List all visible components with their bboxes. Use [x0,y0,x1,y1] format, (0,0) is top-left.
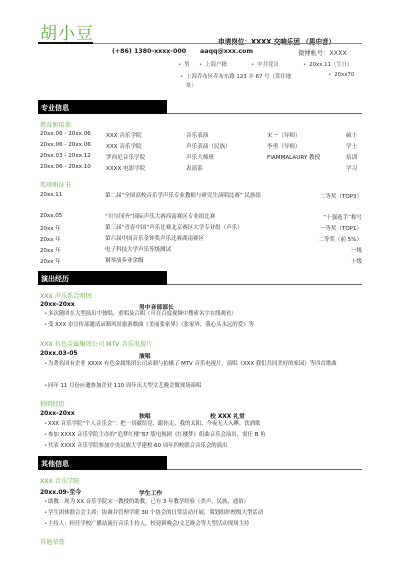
award-name: 第二届“全国高校音乐学声乐专业教师与研究生演唱比赛” 民族组 [105,192,295,200]
award-result: 一等奖（TOP1） [320,224,362,232]
award-result: 十级 [351,257,362,265]
org-title: XXX 音乐学院 [40,476,79,485]
honors-title: 其他荣誉 [40,537,65,546]
education-row: 20xx.03 - 20xx.12 罗西尼音乐学院 声乐大师班 FIAMMALA… [40,153,362,161]
award-name: 第三届“青春中国”声乐比赛北京赛区大学专业组（声乐） [105,224,295,232]
award-name: 钢琴演奏业余级 [105,257,295,265]
bullet-icon: • [44,311,47,318]
bullet-item: •主持人：担任学校广播站流行音乐主持人，校迎新晚会/文艺晚会等大型活动现场主持 [48,521,360,528]
award-result: “十强选手”称号 [323,213,362,221]
section-title: 演出经历 [41,274,69,284]
header-divider-accent [38,42,93,44]
info-postcode: •20xx70 [328,72,354,78]
award-result: 二等奖（TOP3） [320,192,362,200]
org-role: 独唱 [139,411,151,420]
org-role: 学生工作 [139,488,162,497]
resume-page: 胡小豆 申请岗位：XXXX 交响乐团 （男中音） (+86) 1380-xxxx… [0,0,400,565]
candidate-name: 胡小豆 [40,19,94,44]
bullet-icon: • [251,62,254,68]
info-birthday: •20xx.11（生日） [303,60,353,68]
award-date: 20xx 年 [40,257,61,265]
bullet-icon: • [44,322,47,329]
bullet-item: •XXX 音乐学院“个人音乐会”：把一切献给党、跟你走、我的太阳、今夜无人入睡、… [48,421,360,428]
award-name: 第六届中国音乐金钟奖声乐比赛湖南赛区 [105,235,295,243]
org-date: 20xx.09-至今 [40,487,81,496]
award-date: 20xx.11 [40,192,62,198]
bullet-icon: • [44,510,47,517]
info-gender: •男 [178,60,190,68]
bullet-icon: • [303,62,306,68]
org-title: XXX 有色金属集团公司 MTV 音乐电视片 [40,339,152,348]
info-address-cont: 址） [186,81,197,89]
apply-position: 申请岗位：XXXX 交响乐团 （男中音） [218,36,335,46]
bullet-icon: • [199,62,202,68]
bullet-item: •助教：现为 XX 音乐学院宋一教授的助教，已有 3 年教学经验（美声，民族，通… [48,499,360,506]
org-role: 演唱 [139,351,151,360]
bullet-item: •为著名国有企业 XXXX 有色金属集团公司录制与拍摄了 MTV 音乐电视片，演… [48,361,360,368]
bullet-icon: • [44,432,47,439]
award-date: 20xx 年 [40,224,61,232]
bullet-icon: • [180,74,183,80]
bullet-icon: • [44,421,47,428]
info-hukou: •上海户籍 [199,60,227,68]
org-title: 独唱经历 [40,399,65,408]
education-row: 20xx.06 - 20xx.06 XXX 音乐学院 音乐表演 宋一（导师） 硕… [40,131,362,139]
awards-title: 奖项和证书 [40,180,71,189]
org-role: 男中音部部长 [139,302,174,311]
weibo-account: 微博帐号：XXXX [298,48,347,57]
bullet-item: •学生团体联合会主席：协调并管理学联 30 个协会的日常活动开展，策划组织校级大… [48,510,360,517]
bullet-item: •多次随团在大型演出中独唱，重唱及合唱（可在百度视频中搜索名字在线观看） [48,311,360,318]
section-other: 其他信息 [38,456,362,470]
info-party: •中共党员 [251,60,279,68]
award-name: “贝尔冈齐”国际声乐大赛西南赛区专业组比赛 [105,213,295,221]
award-date: 20xx 年 [40,235,61,243]
org-venue: 校 XXX 礼堂 [210,411,245,420]
award-date: 20xx.05 [40,213,62,219]
bullet-icon: • [178,62,181,68]
info-address: •上海乔布区乔布东路 123 弄 67 号（常住地 [180,72,291,80]
phone: (+86) 1380-xxxx-000 [112,48,186,55]
award-result: 二等奖（前 5%） [319,235,362,243]
bullet-item: •参加 XXXX 音乐学院主办的“追梦红楼”87 版电视剧《红楼梦》组曲音乐会演… [48,432,360,439]
bullet-icon: • [44,521,47,528]
bullet-icon: • [44,361,47,368]
org-date: 20xx-20xx [40,410,75,417]
bullet-item: •代表 XXXX 音乐学院参加中央民族大学建校 60 周年四校联合音乐会的演出 [48,443,360,450]
org-date: 20xx-20xx [40,301,75,308]
education-row: 20xx.06 - 20xx.06 XXX 音乐学院 声乐表演（民族） 李勇（导… [40,142,362,150]
section-professional: 专业信息 [38,100,362,114]
bullet-icon: • [44,383,47,390]
award-name: 电子科技大学声乐等级测试 [105,246,295,254]
education-title: 教育和培训 [40,120,71,129]
award-date: 20xx 年 [40,246,61,254]
org-title: XXX 声乐系合唱团 [40,291,92,300]
email: aaqq@xxx.com [200,48,253,55]
bullet-item: •同年 11 月份应邀参加企业 110 周年庆大型文艺晚会做现场演唱 [48,383,360,390]
bullet-item: •受 XXX 市宣传部邀请录制风景旅游歌曲《美丽张家界》《张家界，我心头永远的爱… [48,322,360,329]
bullet-icon: • [44,499,47,506]
award-result: 一级 [351,246,362,254]
org-date: 20xx.03-05 [40,350,78,357]
bullet-icon: • [328,72,331,78]
education-row: 20xx.06 - 20xx.10 XXXX 电影学院 表演系 学习 [40,164,362,172]
section-performance: 演出经历 [38,271,362,285]
bullet-icon: • [44,443,47,450]
section-title: 专业信息 [41,103,69,113]
section-title: 其他信息 [41,459,69,469]
